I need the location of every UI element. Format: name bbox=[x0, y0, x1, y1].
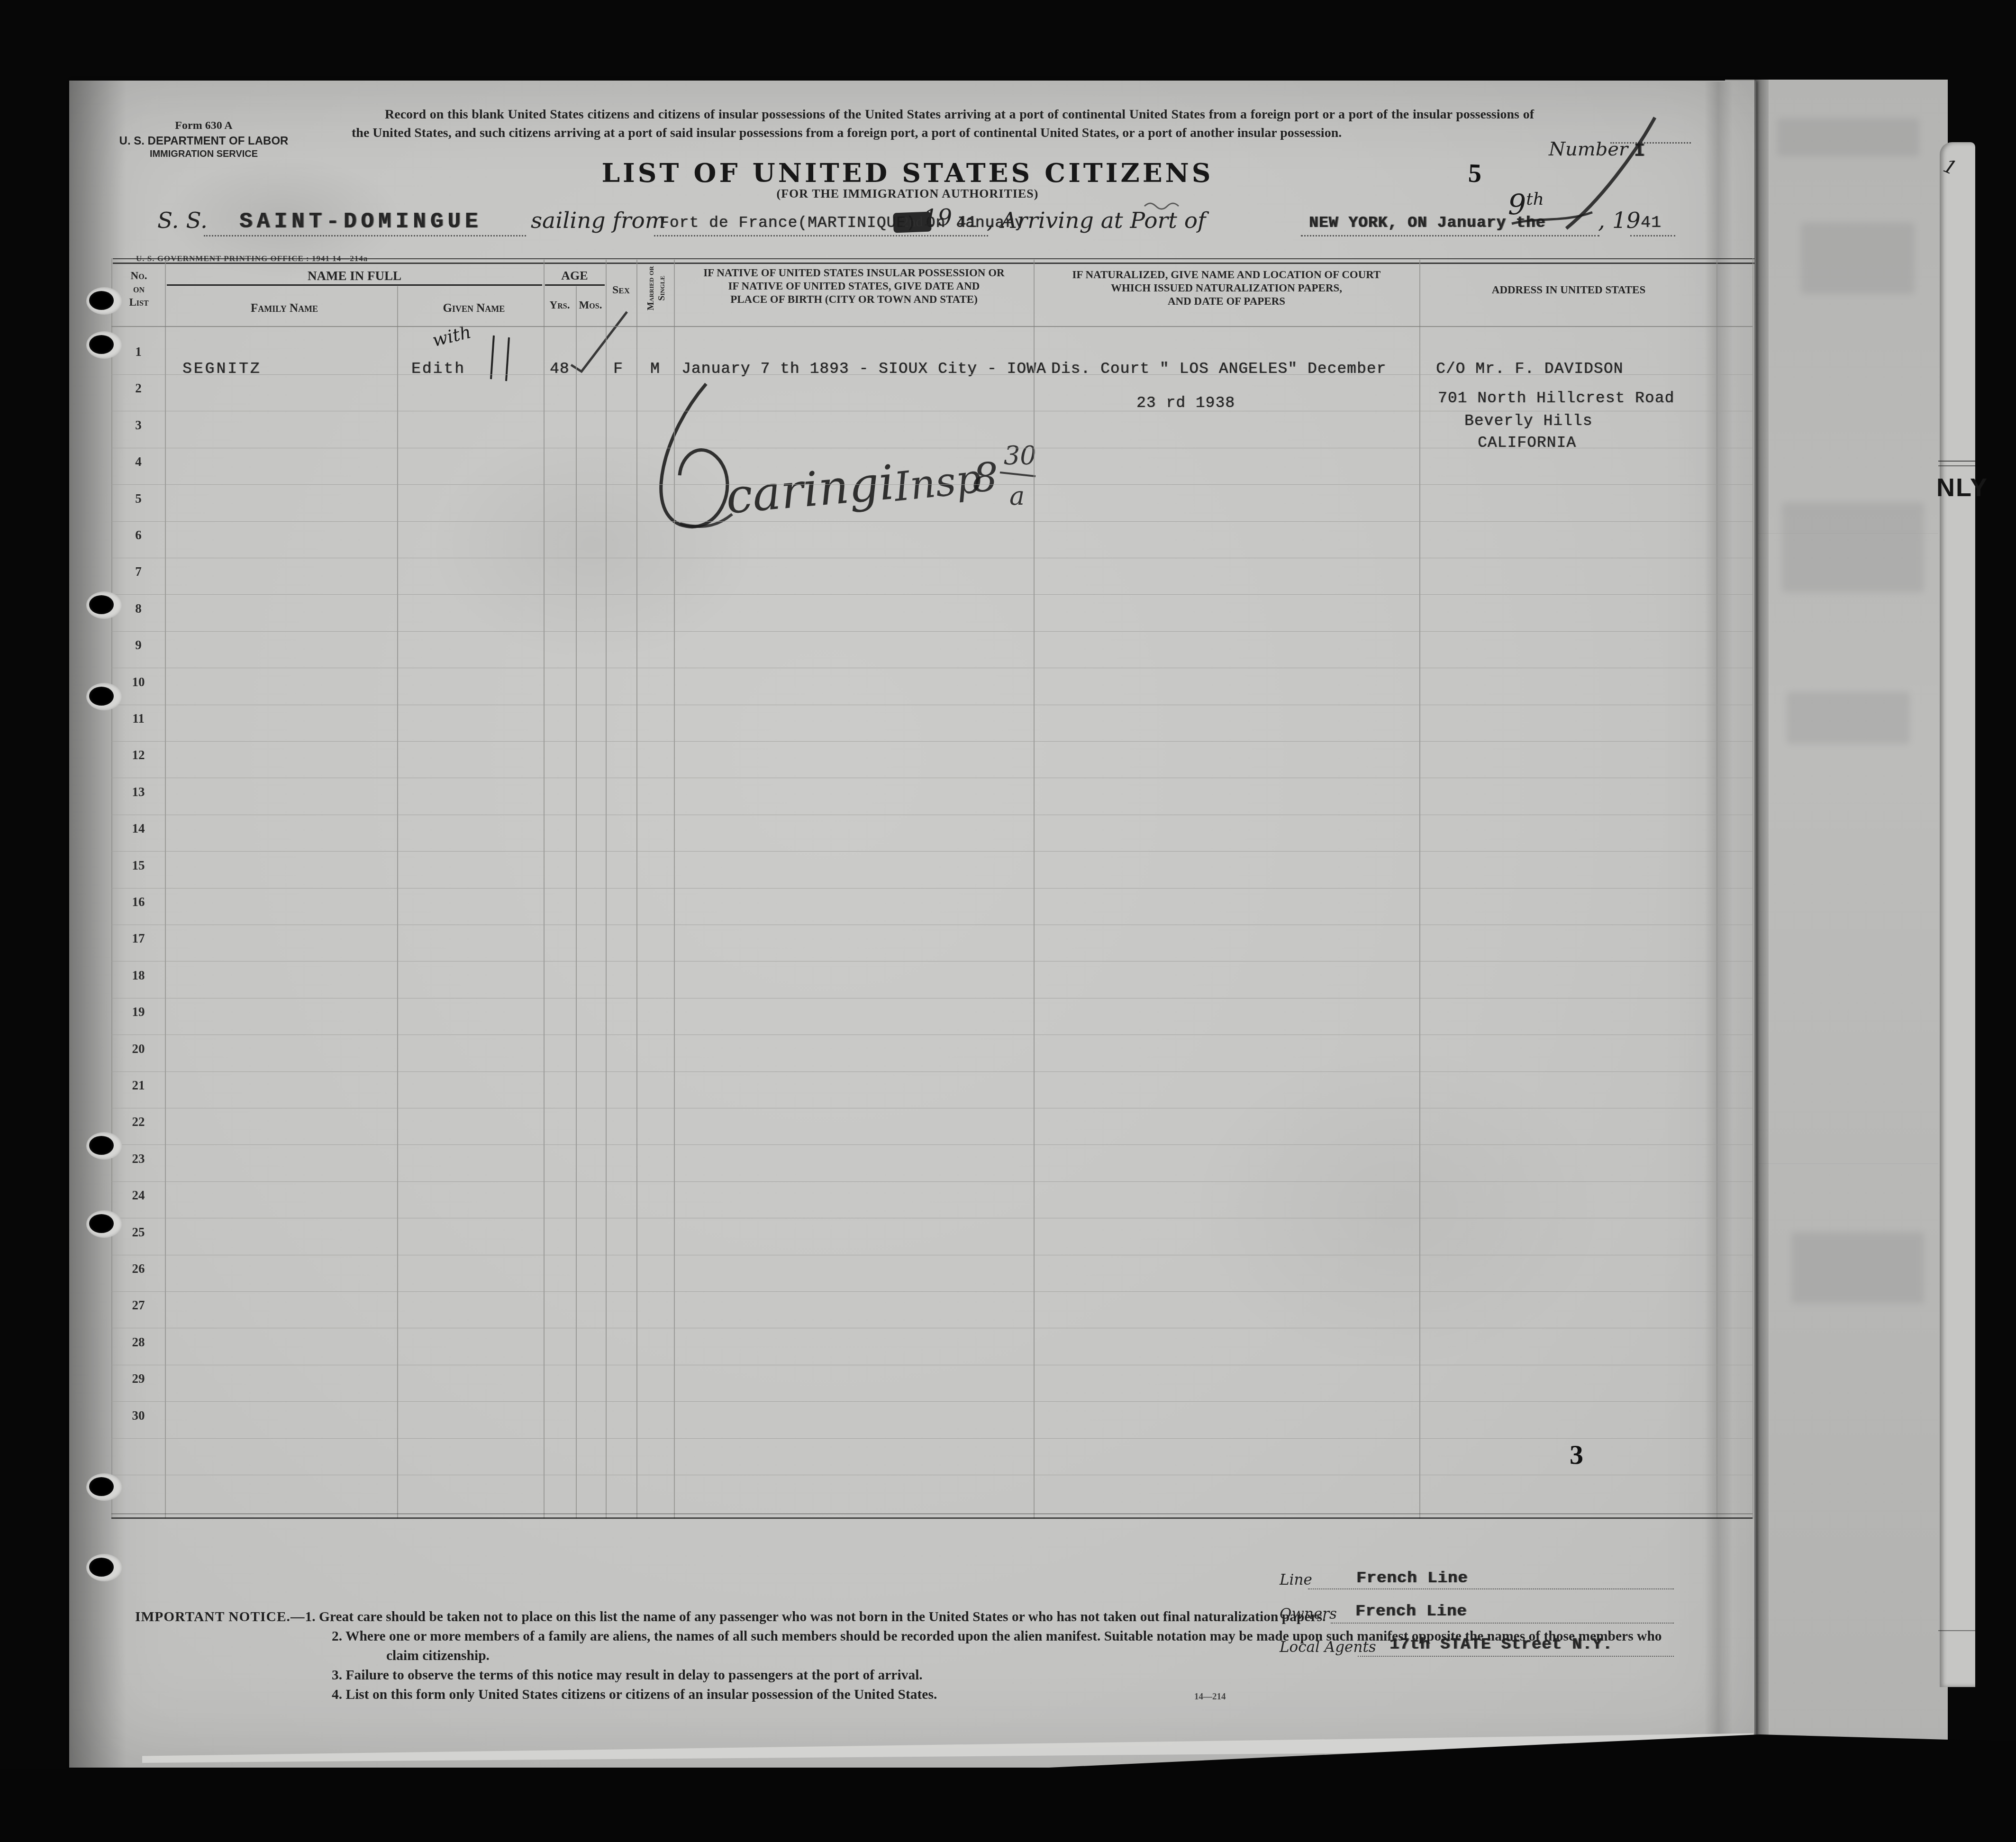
row-line bbox=[111, 1401, 1753, 1402]
col-header-given: Given Name bbox=[379, 301, 569, 316]
grid-vline bbox=[1716, 260, 1717, 1519]
cell-address-line1: C/O Mr. F. DAVIDSON bbox=[1436, 360, 1623, 378]
punch-hole bbox=[86, 1554, 122, 1581]
row-line bbox=[111, 705, 1753, 705]
sailing-from-line bbox=[654, 235, 988, 236]
row-number: 20 bbox=[119, 1042, 157, 1056]
row-number: 2 bbox=[119, 381, 157, 396]
row-line bbox=[111, 374, 1753, 375]
row-line bbox=[111, 594, 1753, 595]
bottom-page-stamp: 3 bbox=[1570, 1439, 1583, 1470]
row-line bbox=[111, 668, 1753, 668]
row-line bbox=[111, 631, 1753, 632]
row-number: 11 bbox=[119, 711, 157, 726]
cell-sex: F bbox=[613, 360, 623, 378]
row-line bbox=[111, 925, 1753, 925]
handwritten-tally-marks bbox=[488, 332, 521, 384]
notice-lead: IMPORTANT NOTICE.— bbox=[135, 1609, 305, 1624]
sliver-rule bbox=[1938, 1630, 1975, 1631]
page-subtitle: (FOR THE IMMIGRATION AUTHORITIES) bbox=[434, 187, 1381, 201]
grid-vline bbox=[674, 260, 675, 1519]
row-number: 9 bbox=[119, 638, 157, 653]
scanned-manifest-page: NLY 1 Form 630 A U. S. DEPARTMENT OF LAB… bbox=[0, 0, 2016, 1842]
row-line bbox=[111, 1291, 1753, 1292]
row-number: 28 bbox=[119, 1335, 157, 1350]
cell-address-line4: CALIFORNIA bbox=[1478, 434, 1576, 452]
ship-name: SAINT-DOMINGUE bbox=[239, 209, 482, 234]
row-line bbox=[111, 1181, 1753, 1182]
punch-hole bbox=[86, 331, 122, 359]
row-number: 24 bbox=[119, 1188, 157, 1203]
grid-vline bbox=[397, 286, 398, 1519]
grid-vline bbox=[111, 258, 112, 1519]
arrival-year-line bbox=[1630, 235, 1675, 236]
cell-address-line3: Beverly Hills bbox=[1464, 412, 1592, 430]
sailing-from-label: sailing from bbox=[531, 208, 666, 234]
ss-label: S. S. bbox=[157, 208, 208, 234]
grid-vline bbox=[1034, 260, 1035, 1519]
row-line bbox=[111, 411, 1753, 411]
punch-hole bbox=[86, 287, 122, 315]
age-underline bbox=[545, 284, 605, 286]
sliver-rule bbox=[1938, 461, 1975, 462]
row-number: 6 bbox=[119, 528, 157, 543]
row-line bbox=[111, 1071, 1753, 1072]
row-number: 17 bbox=[119, 931, 157, 946]
col-header-age: AGE bbox=[544, 268, 606, 283]
important-notice: IMPORTANT NOTICE.—1. Great care should b… bbox=[135, 1607, 1694, 1705]
col-header-birth: IF NATIVE OF UNITED STATES INSULAR POSSE… bbox=[679, 266, 1029, 306]
background-bottom bbox=[0, 1769, 2016, 1842]
punch-hole bbox=[86, 1132, 122, 1160]
notice-item4: 4. List on this form only United States … bbox=[332, 1685, 1694, 1705]
row-line bbox=[111, 484, 1753, 485]
row-line bbox=[111, 851, 1753, 852]
row-number: 4 bbox=[119, 454, 157, 469]
signature-insp: Insp bbox=[891, 455, 983, 510]
married-label: Married or bbox=[645, 252, 656, 325]
form-service: IMMIGRATION SERVICE bbox=[109, 149, 299, 160]
punch-hole bbox=[86, 1210, 122, 1238]
col-header-name: NAME IN FULL bbox=[165, 268, 544, 284]
no-label: on bbox=[113, 282, 165, 296]
row-number: 7 bbox=[119, 564, 157, 579]
single-label: Single bbox=[657, 252, 668, 325]
row-number: 29 bbox=[119, 1371, 157, 1386]
cell-given-name: Edith bbox=[411, 360, 465, 378]
birth-header-line: PLACE OF BIRTH (CITY OR TOWN AND STATE) bbox=[679, 293, 1029, 306]
col-header-sex: Sex bbox=[606, 283, 636, 297]
grid-vline bbox=[636, 260, 637, 1519]
grid-vline bbox=[165, 260, 166, 1519]
grid-vline bbox=[1753, 258, 1753, 1519]
row-number: 21 bbox=[119, 1078, 157, 1093]
row-number: 13 bbox=[119, 785, 157, 799]
signature-time-bottom: a bbox=[1009, 481, 1025, 511]
ghost-text bbox=[1787, 692, 1910, 744]
row-number: 19 bbox=[119, 1005, 157, 1019]
row-number: 22 bbox=[119, 1115, 157, 1129]
row-line bbox=[111, 815, 1753, 815]
arriving-label: , Arriving at Port of bbox=[987, 208, 1206, 234]
signature-text: caringi bbox=[724, 454, 897, 525]
col-header-family: Family Name bbox=[190, 301, 379, 316]
row-line bbox=[111, 448, 1753, 448]
row-number: 10 bbox=[119, 675, 157, 690]
row-line bbox=[111, 961, 1753, 962]
nat-header-line: IF NATURALIZED, GIVE NAME AND LOCATION O… bbox=[1038, 268, 1415, 281]
col-header-naturalization: IF NATURALIZED, GIVE NAME AND LOCATION O… bbox=[1038, 268, 1415, 308]
arrival-year-prefix: , 19 bbox=[1598, 208, 1641, 234]
row-line bbox=[111, 1034, 1753, 1035]
edge-sliver-sheet bbox=[1940, 142, 1975, 1687]
row-line bbox=[111, 1438, 1753, 1439]
row-number: 25 bbox=[119, 1225, 157, 1240]
row-number: 18 bbox=[119, 968, 157, 983]
top-rule bbox=[113, 263, 1754, 264]
notice-item2: 2. Where one or more members of a family… bbox=[386, 1627, 1694, 1666]
page-title: LIST OF UNITED STATES CITIZENS bbox=[434, 157, 1381, 188]
cell-court-line2: 23 rd 1938 bbox=[1136, 394, 1235, 412]
row-number: 14 bbox=[119, 821, 157, 836]
grid-vline bbox=[576, 286, 577, 1519]
name-underline bbox=[167, 284, 542, 286]
edge-stamp-text: NLY bbox=[1936, 473, 1988, 502]
manifest-paper bbox=[69, 81, 1756, 1768]
ghost-line bbox=[1758, 533, 1938, 534]
page-edge-shadow bbox=[1754, 80, 1769, 1760]
row-line bbox=[111, 558, 1753, 558]
row-line bbox=[111, 1475, 1753, 1475]
notice-line1: IMPORTANT NOTICE.—1. Great care should b… bbox=[135, 1607, 1694, 1627]
cell-address-line2: 701 North Hillcrest Road bbox=[1438, 390, 1674, 407]
notice-item1: 1. Great care should be taken not to pla… bbox=[305, 1609, 1326, 1624]
notice-item3: 3. Failure to observe the terms of this … bbox=[332, 1666, 1694, 1685]
ghost-line bbox=[1758, 1163, 1938, 1164]
row-number: 23 bbox=[119, 1152, 157, 1166]
row-number: 16 bbox=[119, 895, 157, 909]
page-number-stamp: 5 bbox=[1468, 158, 1482, 189]
nat-header-line: WHICH ISSUED NATURALIZATION PAPERS, bbox=[1038, 281, 1415, 295]
ship-name-line bbox=[204, 235, 526, 236]
cell-family-name: SEGNITZ bbox=[182, 360, 262, 378]
row-line bbox=[111, 1255, 1753, 1255]
year-prefix: 19 bbox=[923, 205, 952, 231]
inspector-signature: caringi Insp 8 30 a bbox=[630, 367, 1128, 557]
grid-vline bbox=[544, 260, 545, 1519]
arrival-year: 41 bbox=[1641, 213, 1662, 232]
line-dots bbox=[1308, 1588, 1674, 1589]
ghost-text bbox=[1777, 118, 1919, 156]
col-header-married-single: Married or Single bbox=[645, 252, 667, 325]
row-number: 15 bbox=[119, 858, 157, 873]
row-number: 26 bbox=[119, 1261, 157, 1276]
form-department: U. S. DEPARTMENT OF LABOR bbox=[109, 135, 299, 148]
line-value: French Line bbox=[1356, 1570, 1468, 1588]
ghost-text bbox=[1791, 1232, 1924, 1303]
grid-vline bbox=[606, 260, 607, 1519]
bottom-rule bbox=[111, 1517, 1753, 1519]
bottom-rule bbox=[111, 1514, 1753, 1514]
checkmark bbox=[564, 308, 635, 379]
sliver-rule bbox=[1938, 465, 1975, 466]
row-line bbox=[111, 778, 1753, 778]
row-number: 3 bbox=[119, 418, 157, 433]
no-label: No. bbox=[113, 269, 165, 282]
row-number: 27 bbox=[119, 1298, 157, 1313]
row-line bbox=[111, 888, 1753, 889]
row-line bbox=[111, 1218, 1753, 1218]
ghost-text bbox=[1801, 223, 1915, 294]
signature-time: 8 bbox=[972, 454, 998, 501]
row-line bbox=[111, 521, 1753, 522]
row-number: 8 bbox=[119, 601, 157, 616]
birth-header-line: IF NATIVE OF UNITED STATES, GIVE DATE AN… bbox=[679, 280, 1029, 293]
form-instructions: Record on this blank United States citiz… bbox=[352, 105, 1534, 142]
grid-vline bbox=[1419, 260, 1420, 1519]
header-bottom-line bbox=[111, 326, 1753, 327]
row-number: 30 bbox=[119, 1408, 157, 1423]
birth-header-line: IF NATIVE OF UNITED STATES INSULAR POSSE… bbox=[679, 266, 1029, 280]
punch-hole bbox=[86, 591, 122, 619]
signature-time-top: 30 bbox=[1004, 441, 1036, 471]
nat-header-line: AND DATE OF PAPERS bbox=[1038, 295, 1415, 308]
punch-hole bbox=[86, 1473, 122, 1501]
row-number: 12 bbox=[119, 748, 157, 762]
row-line bbox=[111, 1328, 1753, 1328]
form-number: Form 630 A bbox=[142, 119, 265, 132]
row-line bbox=[111, 1108, 1753, 1108]
row-line bbox=[111, 1365, 1753, 1365]
col-header-address: ADDRESS IN UNITED STATES bbox=[1424, 283, 1713, 297]
row-number: 1 bbox=[119, 345, 157, 359]
row-line bbox=[111, 741, 1753, 742]
row-number: 5 bbox=[119, 491, 157, 506]
row-line bbox=[111, 998, 1753, 998]
ghost-text bbox=[1782, 502, 1924, 592]
top-rule bbox=[113, 258, 1754, 259]
line-label: Line bbox=[1280, 1571, 1312, 1588]
punch-hole bbox=[86, 683, 122, 710]
row-line bbox=[111, 1144, 1753, 1145]
notice-print-code: 14—214 bbox=[1194, 1692, 1226, 1702]
sailing-year: 41 bbox=[956, 213, 977, 232]
